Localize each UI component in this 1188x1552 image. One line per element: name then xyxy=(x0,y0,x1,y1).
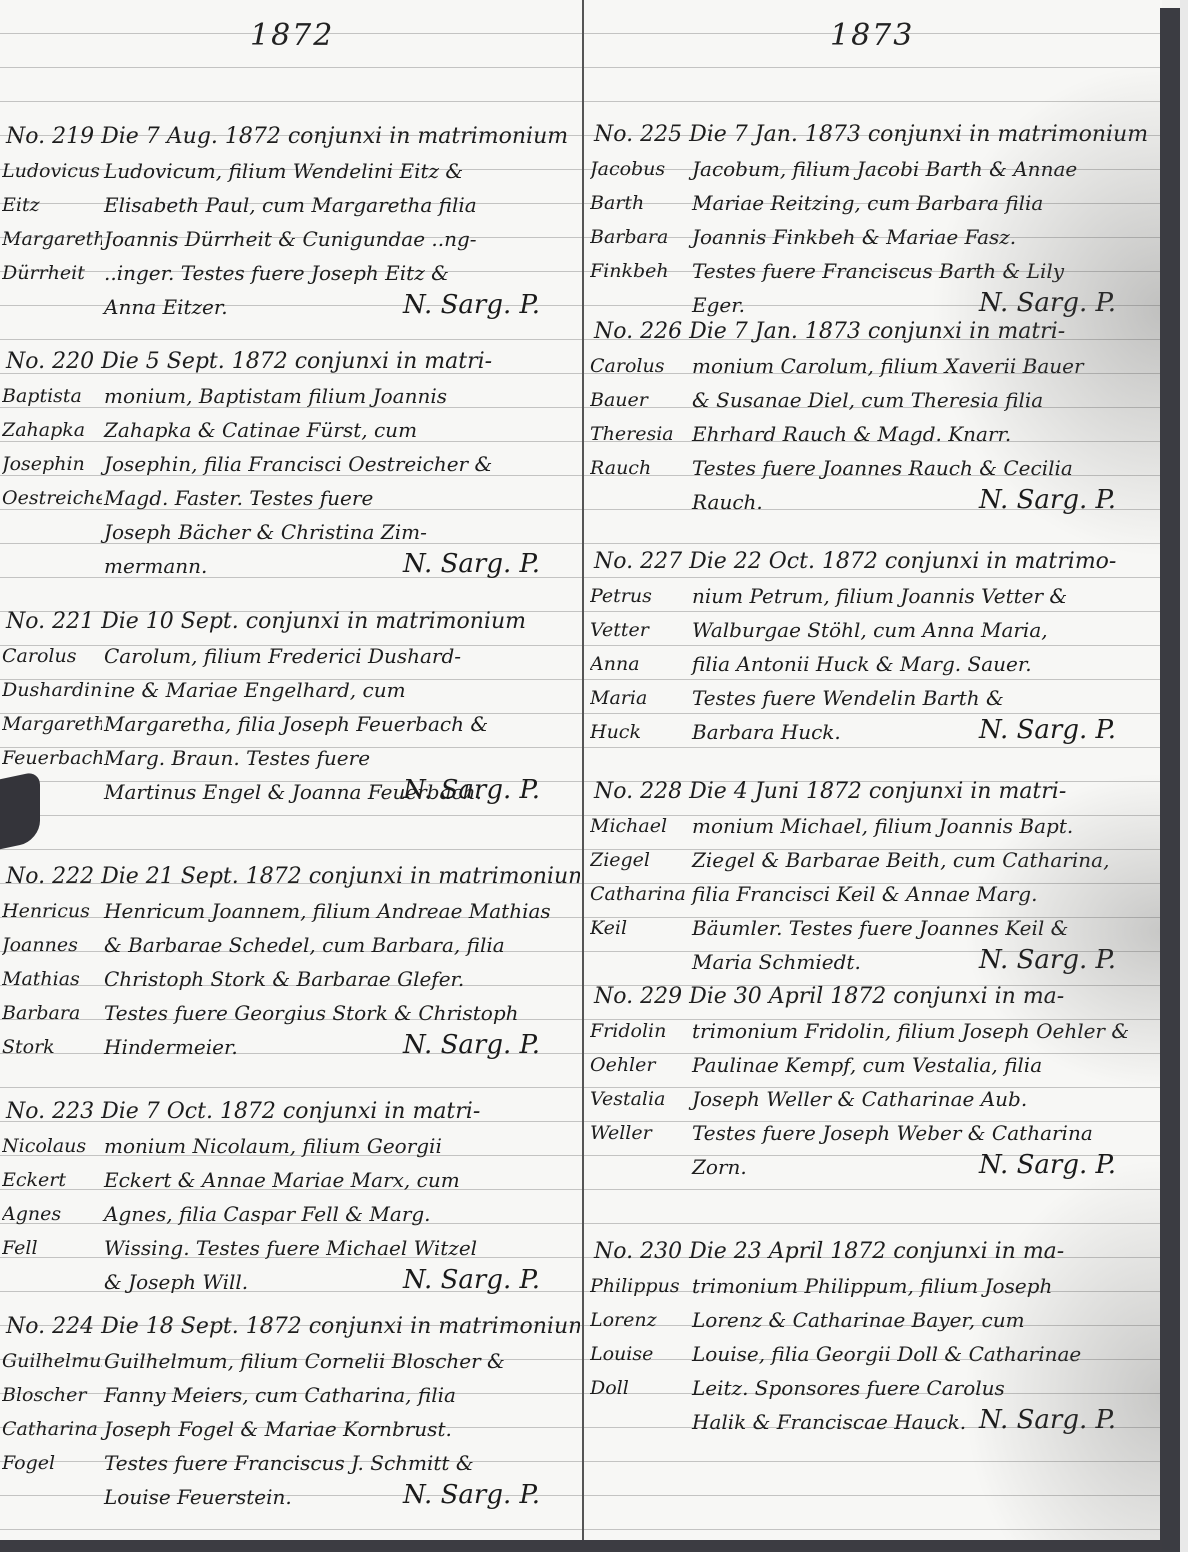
margin-name: Bloscher xyxy=(2,1378,102,1412)
entry-heading-line: No. 220 Die 5 Sept. 1872 conjunxi in mat… xyxy=(0,345,580,379)
entry-heading-line: No. 230 Die 23 April 1872 conjunxi in ma… xyxy=(588,1235,1156,1269)
margin-names: PhilippusLorenzLouiseDoll xyxy=(590,1269,690,1405)
margin-name: Eitz xyxy=(2,188,102,222)
register-entry: No. 230 Die 23 April 1872 conjunxi in ma… xyxy=(588,1235,1156,1475)
entry-heading-line: No. 229 Die 30 April 1872 conjunxi in ma… xyxy=(588,980,1156,1014)
margin-names: MichaelZiegelCatharinaKeil xyxy=(590,809,690,945)
margin-names: FridolinOehlerVestaliaWeller xyxy=(590,1014,690,1150)
margin-name: Huck xyxy=(590,715,690,749)
margin-name: Ziegel xyxy=(590,843,690,877)
entry-heading-line: No. 222 Die 21 Sept. 1872 conjunxi in ma… xyxy=(0,860,580,894)
priest-signature: N. Sarg. P. xyxy=(979,715,1116,745)
margin-name: Louise xyxy=(590,1337,690,1371)
priest-signature: N. Sarg. P. xyxy=(403,290,540,320)
priest-signature: N. Sarg. P. xyxy=(403,1030,540,1060)
margin-name: Carolus xyxy=(2,639,102,673)
margin-name: Stork xyxy=(2,1030,102,1064)
margin-name: Henricus xyxy=(2,894,102,928)
margin-name: Baptista xyxy=(2,379,102,413)
margin-names: HenricusJoannesMathiasBarbaraStork xyxy=(2,894,102,1064)
scan-margin xyxy=(1180,0,1188,1552)
margin-name: Mathias xyxy=(2,962,102,996)
margin-name: Margaretha xyxy=(2,707,102,741)
margin-name: Catharina xyxy=(2,1412,102,1446)
scan-border-bottom xyxy=(0,1540,1162,1552)
margin-name: Lorenz xyxy=(590,1303,690,1337)
entry-heading-line: No. 224 Die 18 Sept. 1872 conjunxi in ma… xyxy=(0,1310,580,1344)
margin-name: Fogel xyxy=(2,1446,102,1480)
margin-name: Margaretha xyxy=(2,222,102,256)
register-entry: No. 223 Die 7 Oct. 1872 conjunxi in matr… xyxy=(0,1095,580,1335)
margin-name: Vetter xyxy=(590,613,690,647)
register-entry: No. 224 Die 18 Sept. 1872 conjunxi in ma… xyxy=(0,1310,580,1550)
entry-heading-line: No. 226 Die 7 Jan. 1873 conjunxi in matr… xyxy=(588,315,1156,349)
margin-name: Michael xyxy=(590,809,690,843)
entry-heading-line: No. 227 Die 22 Oct. 1872 conjunxi in mat… xyxy=(588,545,1156,579)
year-heading-right: 1873 xyxy=(830,18,914,53)
margin-name: Weller xyxy=(590,1116,690,1150)
entry-line: Joseph Bächer & Christina Zim- xyxy=(0,515,580,549)
margin-name: Barbara xyxy=(590,220,690,254)
priest-signature: N. Sarg. P. xyxy=(979,945,1116,975)
register-entry: No. 228 Die 4 Juni 1872 conjunxi in matr… xyxy=(588,775,1156,1015)
margin-name: Zahapka xyxy=(2,413,102,447)
priest-signature: N. Sarg. P. xyxy=(403,775,540,805)
margin-name: Eckert xyxy=(2,1163,102,1197)
priest-signature: N. Sarg. P. xyxy=(979,485,1116,515)
margin-names: Guilhelmus C.BloscherCatharinaFogel xyxy=(2,1344,102,1480)
margin-name: Rauch xyxy=(590,451,690,485)
margin-name: Fridolin xyxy=(590,1014,690,1048)
margin-name: Josephin xyxy=(2,447,102,481)
margin-name: Oehler xyxy=(590,1048,690,1082)
entry-heading-line: No. 225 Die 7 Jan. 1873 conjunxi in matr… xyxy=(588,118,1156,152)
margin-name: Ludovicus xyxy=(2,154,102,188)
entry-heading-line: No. 228 Die 4 Juni 1872 conjunxi in matr… xyxy=(588,775,1156,809)
margin-name: Nicolaus xyxy=(2,1129,102,1163)
scan-border-right xyxy=(1160,8,1180,1552)
priest-signature: N. Sarg. P. xyxy=(403,549,540,579)
margin-name: Oestreicher xyxy=(2,481,102,515)
column-divider xyxy=(582,0,584,1552)
margin-name: Agnes xyxy=(2,1197,102,1231)
margin-name: Vestalia xyxy=(590,1082,690,1116)
margin-name: Bauer xyxy=(590,383,690,417)
register-entry: No. 226 Die 7 Jan. 1873 conjunxi in matr… xyxy=(588,315,1156,555)
register-page: 1872 1873 No. 219 Die 7 Aug. 1872 conjun… xyxy=(0,0,1162,1552)
register-entry: No. 227 Die 22 Oct. 1872 conjunxi in mat… xyxy=(588,545,1156,785)
margin-name: Fell xyxy=(2,1231,102,1265)
priest-signature: N. Sarg. P. xyxy=(403,1265,540,1295)
register-entry: No. 222 Die 21 Sept. 1872 conjunxi in ma… xyxy=(0,860,580,1100)
margin-name: Petrus xyxy=(590,579,690,613)
margin-name: Barth xyxy=(590,186,690,220)
entry-heading-line: No. 221 Die 10 Sept. conjunxi in matrimo… xyxy=(0,605,580,639)
margin-name: Dushardine xyxy=(2,673,102,707)
margin-names: PetrusVetterAnnaMariaHuck xyxy=(590,579,690,749)
margin-name: Anna xyxy=(590,647,690,681)
priest-signature: N. Sarg. P. xyxy=(979,288,1116,318)
margin-names: BaptistaZahapkaJosephinOestreicher xyxy=(2,379,102,515)
margin-name: Doll xyxy=(590,1371,690,1405)
margin-name: Philippus xyxy=(590,1269,690,1303)
margin-name: Joannes xyxy=(2,928,102,962)
entry-heading-line: No. 219 Die 7 Aug. 1872 conjunxi in matr… xyxy=(0,120,580,154)
entry-heading-line: No. 223 Die 7 Oct. 1872 conjunxi in matr… xyxy=(0,1095,580,1129)
margin-name: Dürrheit xyxy=(2,256,102,290)
register-entry: No. 220 Die 5 Sept. 1872 conjunxi in mat… xyxy=(0,345,580,585)
margin-name: Finkbeh xyxy=(590,254,690,288)
margin-name: Carolus xyxy=(590,349,690,383)
margin-names: CarolusBauerTheresiaRauch xyxy=(590,349,690,485)
margin-name: Jacobus xyxy=(590,152,690,186)
priest-signature: N. Sarg. P. xyxy=(979,1150,1116,1180)
margin-name: Keil xyxy=(590,911,690,945)
margin-name: Theresia xyxy=(590,417,690,451)
margin-names: JacobusBarthBarbaraFinkbeh xyxy=(590,152,690,288)
margin-name: Catharina xyxy=(590,877,690,911)
margin-name: Maria xyxy=(590,681,690,715)
priest-signature: N. Sarg. P. xyxy=(403,1480,540,1510)
year-heading-left: 1872 xyxy=(250,18,334,53)
margin-name: Feuerbach xyxy=(2,741,102,775)
margin-names: NicolausEckertAgnesFell xyxy=(2,1129,102,1265)
priest-signature: N. Sarg. P. xyxy=(979,1405,1116,1435)
register-entry: No. 221 Die 10 Sept. conjunxi in matrimo… xyxy=(0,605,580,845)
margin-name: Guilhelmus C. xyxy=(2,1344,102,1378)
register-entry: No. 219 Die 7 Aug. 1872 conjunxi in matr… xyxy=(0,120,580,360)
margin-names: CarolusDushardineMargarethaFeuerbach xyxy=(2,639,102,775)
register-entry: No. 229 Die 30 April 1872 conjunxi in ma… xyxy=(588,980,1156,1220)
margin-name: Barbara xyxy=(2,996,102,1030)
margin-names: LudovicusEitzMargarethaDürrheit xyxy=(2,154,102,290)
